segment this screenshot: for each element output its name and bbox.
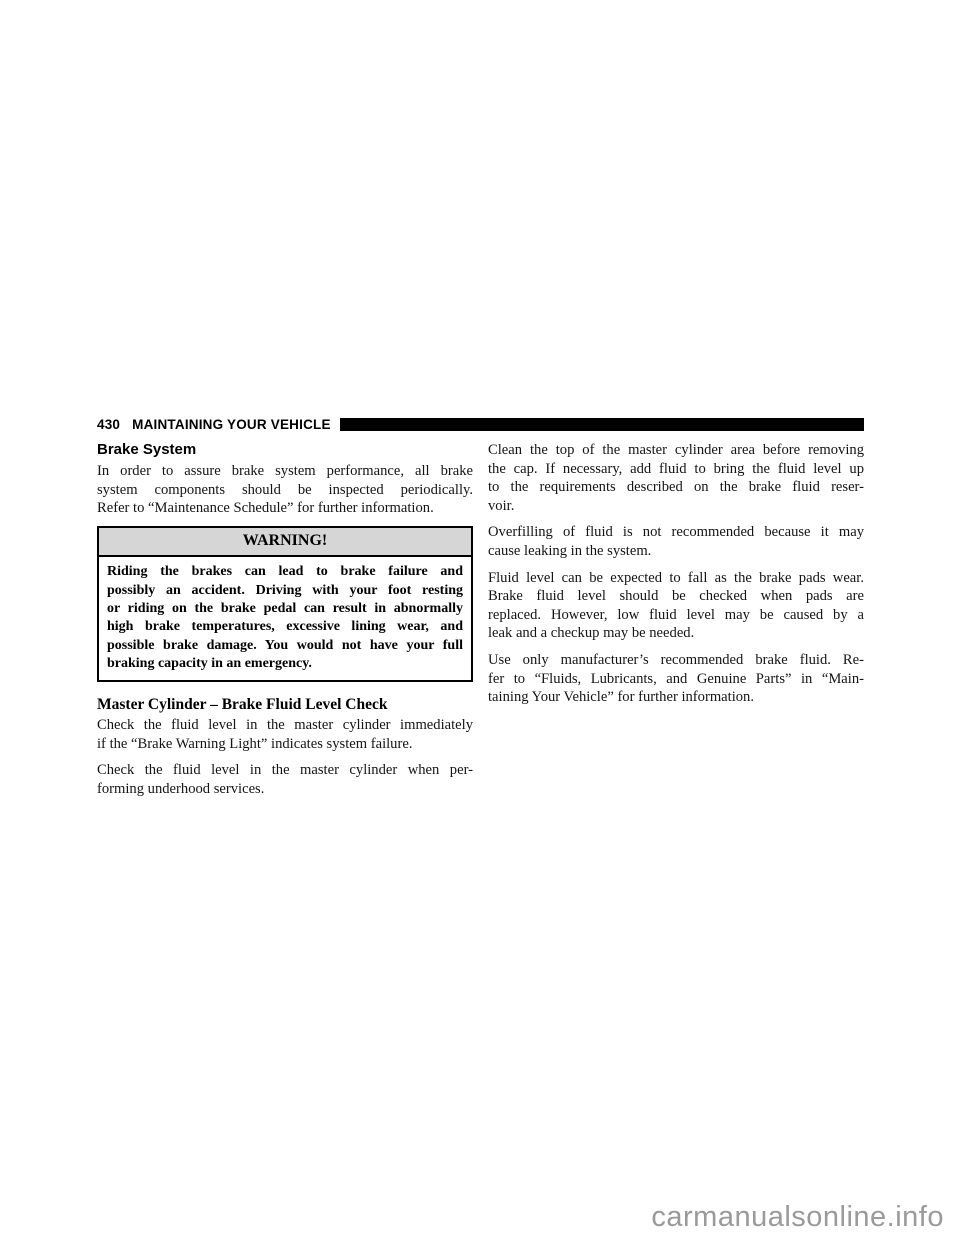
text-line: to the requirements described on the bra… xyxy=(488,478,864,497)
paragraph-overfilling: Overfilling of fluid is not recommended … xyxy=(488,523,864,560)
right-column: Clean the top of the master cylinder are… xyxy=(488,441,864,807)
content-columns: Brake System In order to assure brake sy… xyxy=(97,441,865,807)
text-line: Riding the brakes can lead to brake fail… xyxy=(107,563,463,581)
text-line: In order to assure brake system performa… xyxy=(97,462,473,481)
section-title-brake-system: Brake System xyxy=(97,441,473,459)
warning-header: WARNING! xyxy=(99,528,471,558)
text-line: taining Your Vehicle” for further inform… xyxy=(488,688,864,707)
intro-paragraph: In order to assure brake system performa… xyxy=(97,462,473,518)
text-line: Fluid level can be expected to fall as t… xyxy=(488,569,864,588)
text-line: if the “Brake Warning Light” indicates s… xyxy=(97,735,473,754)
text-line: Check the fluid level in the master cyli… xyxy=(97,716,473,735)
paragraph-fluid-level: Fluid level can be expected to fall as t… xyxy=(488,569,864,643)
watermark: carmanualsonline.info xyxy=(651,1201,944,1234)
header-rule-bar xyxy=(340,418,864,431)
master-cylinder-heading: Master Cylinder – Brake Fluid Level Chec… xyxy=(97,695,473,714)
text-line: possibly an accident. Driving with your … xyxy=(107,582,463,600)
text-line: voir. xyxy=(488,497,864,516)
text-line: or riding on the brake pedal can result … xyxy=(107,600,463,618)
text-line: fer to “Fluids, Lubricants, and Genuine … xyxy=(488,670,864,689)
text-line: replaced. However, low fluid level may b… xyxy=(488,606,864,625)
text-line: braking capacity in an emergency. xyxy=(107,655,463,673)
text-line: system components should be inspected pe… xyxy=(97,481,473,500)
warning-body: Riding the brakes can lead to brake fail… xyxy=(99,557,471,680)
paragraph-clean-master-cylinder: Clean the top of the master cylinder are… xyxy=(488,441,864,515)
text-line: the cap. If necessary, add fluid to brin… xyxy=(488,460,864,479)
master-cylinder-paragraph-1: Check the fluid level in the master cyli… xyxy=(97,716,473,753)
master-cylinder-paragraph-2: Check the fluid level in the master cyli… xyxy=(97,761,473,798)
left-column: Brake System In order to assure brake sy… xyxy=(97,441,473,807)
header-title: MAINTAINING YOUR VEHICLE xyxy=(132,417,331,432)
paragraph-recommended-fluid: Use only manufacturer’s recommended brak… xyxy=(488,651,864,707)
page-header: 430 MAINTAINING YOUR VEHICLE xyxy=(97,417,864,432)
warning-box: WARNING! Riding the brakes can lead to b… xyxy=(97,526,473,682)
text-line: high brake temperatures, excessive linin… xyxy=(107,618,463,636)
text-line: cause leaking in the system. xyxy=(488,542,864,561)
text-line: leak and a checkup may be needed. xyxy=(488,624,864,643)
text-line: possible brake damage. You would not hav… xyxy=(107,637,463,655)
text-line: Check the fluid level in the master cyli… xyxy=(97,761,473,780)
text-line: Use only manufacturer’s recommended brak… xyxy=(488,651,864,670)
manual-page: 430 MAINTAINING YOUR VEHICLE Brake Syste… xyxy=(0,0,960,1242)
page-number: 430 xyxy=(97,417,120,432)
warning-title: WARNING! xyxy=(243,532,327,549)
text-line: forming underhood services. xyxy=(97,780,473,799)
text-line: Brake fluid level should be checked when… xyxy=(488,587,864,606)
text-line: Overfilling of fluid is not recommended … xyxy=(488,523,864,542)
text-line: Refer to “Maintenance Schedule” for furt… xyxy=(97,499,473,518)
text-line: Clean the top of the master cylinder are… xyxy=(488,441,864,460)
